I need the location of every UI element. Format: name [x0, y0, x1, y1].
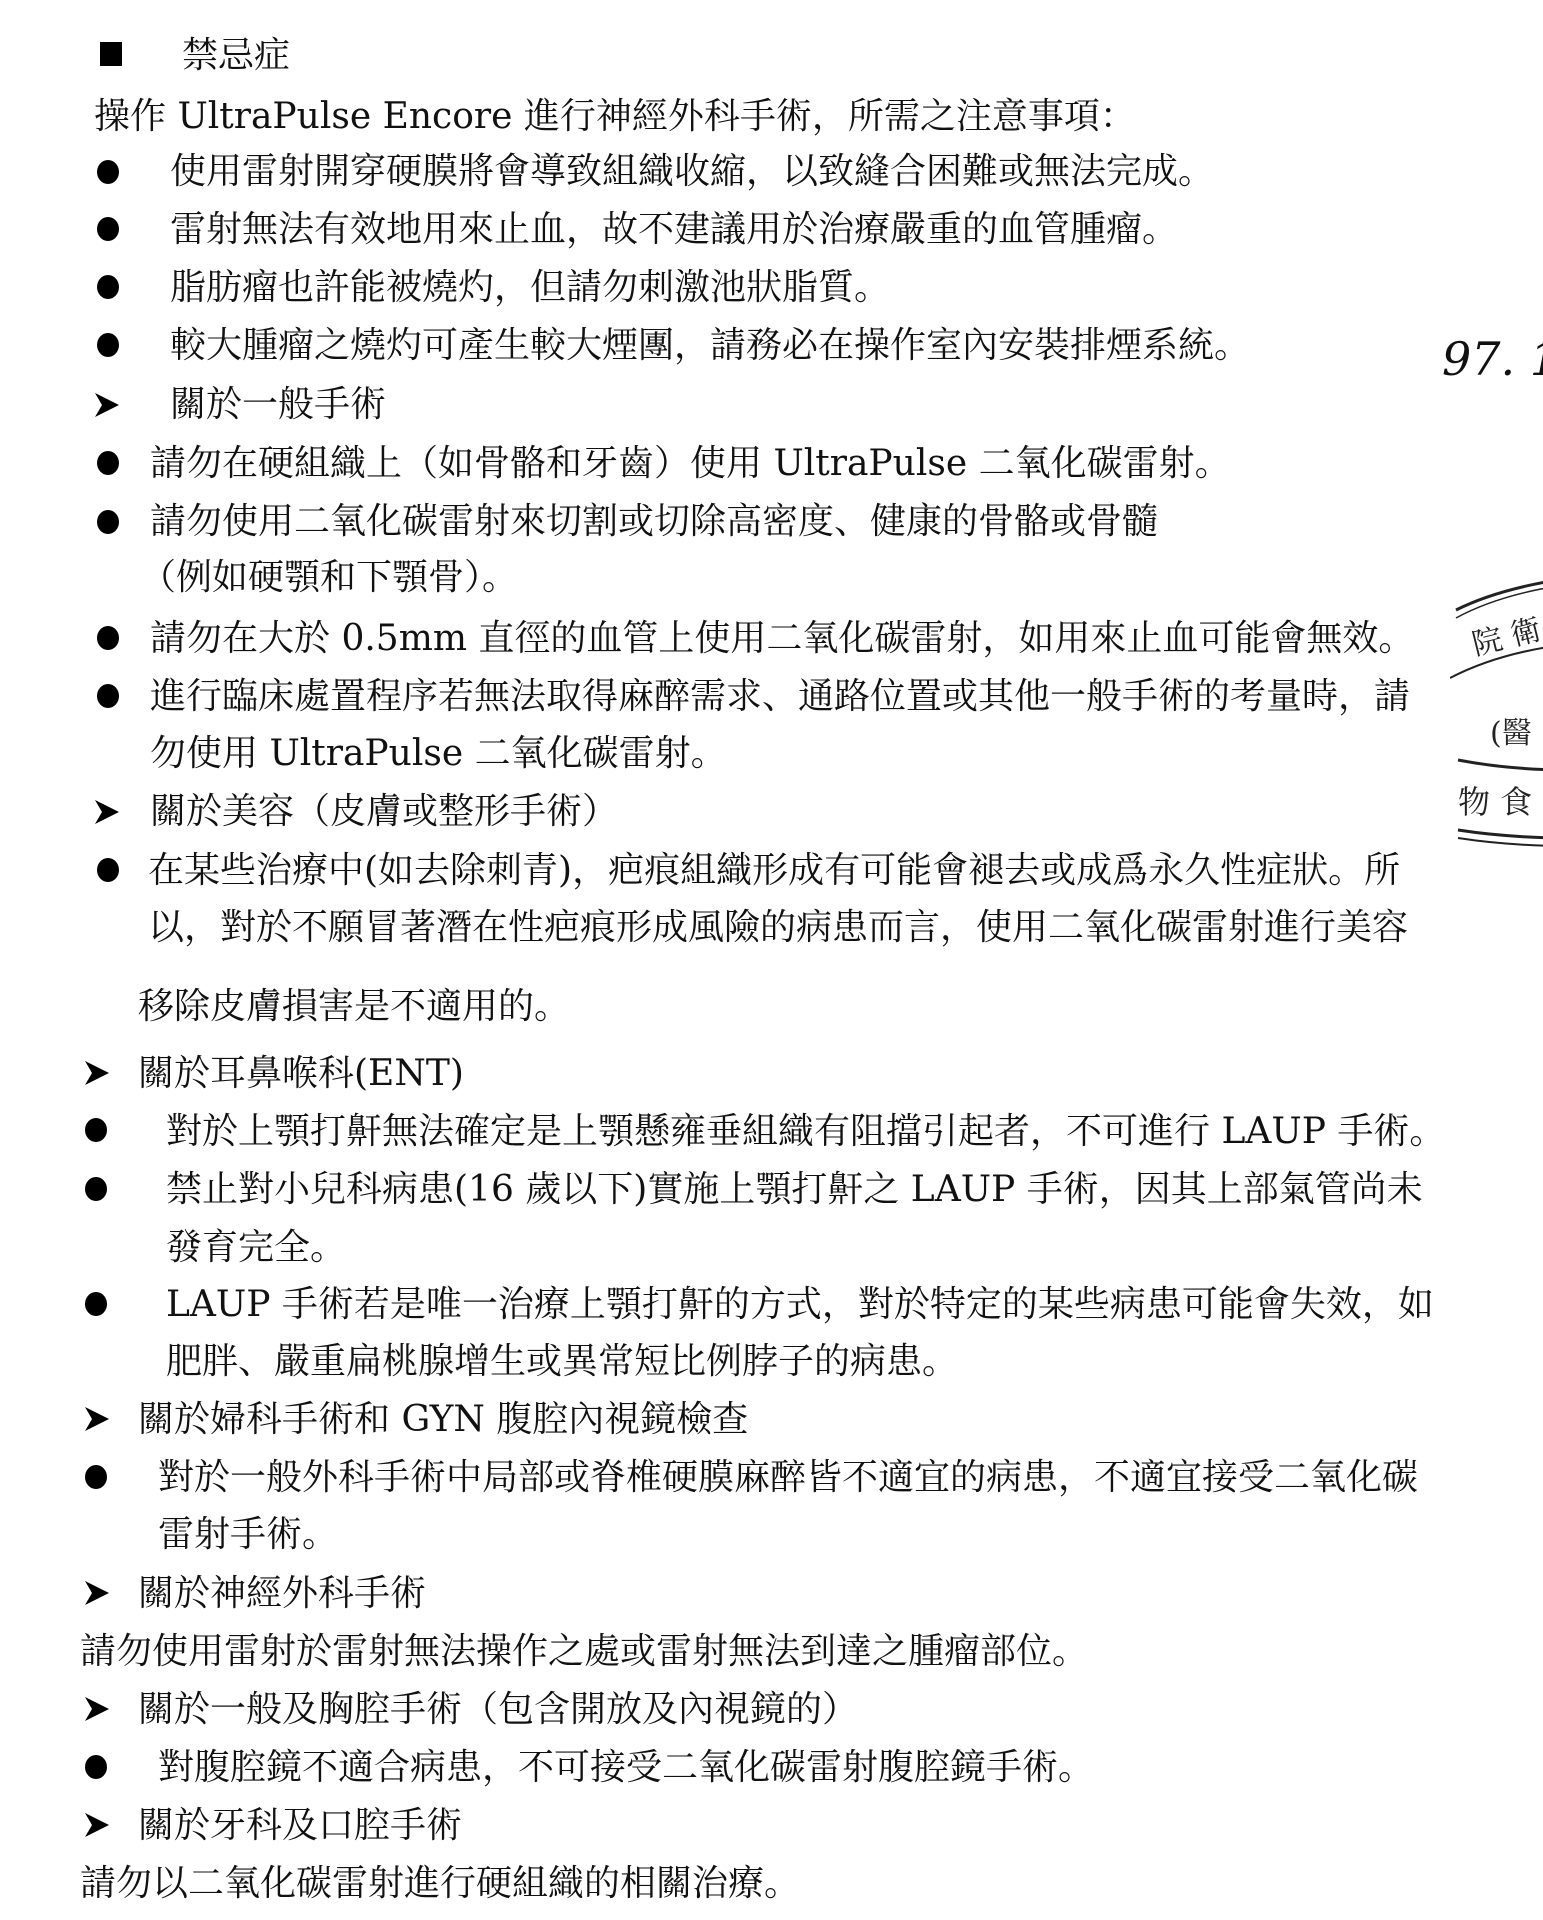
bullet-dot-icon [85, 1755, 107, 1779]
subsection-title: 關於神經外科手術 [138, 1572, 426, 1616]
bullet-text-continued: 以，對於不願冒著潛在性疤痕形成風險的病患而言，使用二氧化碳雷射進行美容 [148, 906, 1408, 950]
bullet-text: 請勿使用二氧化碳雷射來切割或切除高密度、健康的骨骼或骨髓 [150, 500, 1158, 544]
seal-text-middle: (醫 [1490, 716, 1532, 752]
bullet-dot-icon [97, 275, 119, 299]
bullet-text-continued: 雷射手術。 [158, 1513, 338, 1557]
bullet-dot-icon [85, 1177, 107, 1201]
section-paragraph: 請勿以二氧化碳雷射進行硬組織的相關治療。 [80, 1862, 800, 1906]
bullet-text: 使用雷射開穿硬膜將會導致組織收縮，以致縫合困難或無法完成。 [170, 150, 1214, 194]
subsection-title: 關於牙科及口腔手術 [138, 1804, 462, 1848]
bullet-dot-icon [85, 1118, 107, 1142]
intro-paragraph: 操作 UltraPulse Encore 進行神經外科手術，所需之注意事項： [94, 95, 1136, 139]
square-bullet-icon [100, 42, 122, 66]
bullet-text: 請勿在大於 0.5mm 直徑的血管上使用二氧化碳雷射，如用來止血可能會無效。 [150, 617, 1414, 661]
subsection-title: 關於耳鼻喉科(ENT) [138, 1052, 464, 1096]
subsection-title: 關於一般及胸腔手術（包含開放及內視鏡的） [138, 1688, 858, 1732]
document-page: 禁忌症 操作 UltraPulse Encore 進行神經外科手術，所需之注意事… [0, 0, 1543, 1920]
bullet-dot-icon [97, 333, 119, 357]
bullet-dot-icon [85, 1465, 107, 1489]
bullet-text: 脂肪瘤也許能被燒灼，但請勿刺激池狀脂質。 [170, 266, 890, 310]
bullet-dot-icon [97, 160, 119, 184]
bullet-text-continued: 移除皮膚損害是不適用的。 [138, 985, 570, 1029]
bullet-dot-icon [97, 217, 119, 241]
seal-text-bottom: 物 食 [1458, 784, 1532, 820]
bullet-dot-icon [97, 451, 119, 475]
bullet-text-continued: 肥胖、嚴重扁桃腺增生或異常短比例脖子的病患。 [166, 1340, 958, 1384]
bullet-text: 請勿在硬組織上（如骨骼和牙齒）使用 UltraPulse 二氧化碳雷射。 [150, 442, 1231, 486]
subsection-title: 關於美容（皮膚或整形手術） [150, 790, 618, 834]
bullet-dot-icon [97, 510, 119, 534]
bullet-text-continued: 勿使用 UltraPulse 二氧化碳雷射。 [150, 732, 727, 776]
section-paragraph: 請勿使用雷射於雷射無法操作之處或雷射無法到達之腫瘤部位。 [80, 1630, 1088, 1674]
bullet-text-continued: 發育完全。 [166, 1226, 346, 1270]
bullet-text: 對於一般外科手術中局部或脊椎硬膜麻醉皆不適宜的病患，不適宜接受二氧化碳 [158, 1456, 1418, 1500]
bullet-text: 對於上顎打鼾無法確定是上顎懸雍垂組織有阻擋引起者，不可進行 LAUP 手術。 [166, 1110, 1445, 1154]
bullet-text: 雷射無法有效地用來止血，故不建議用於治療嚴重的血管腫瘤。 [170, 208, 1178, 252]
bullet-dot-icon [85, 1292, 107, 1316]
bullet-text: 進行臨床處置程序若無法取得麻醉需求、通路位置或其他一般手術的考量時，請 [150, 675, 1410, 719]
bullet-text: LAUP 手術若是唯一治療上顎打鼾的方式，對於特定的某些病患可能會失效，如 [166, 1283, 1434, 1327]
bullet-dot-icon [97, 858, 119, 882]
stamp-date: 97. 1 [1442, 334, 1543, 384]
bullet-text: 禁止對小兒科病患(16 歲以下)實施上顎打鼾之 LAUP 手術，因其上部氣管尚未 [166, 1168, 1423, 1212]
bullet-text-continued: （例如硬顎和下顎骨）。 [140, 556, 518, 600]
subsection-title: 關於婦科手術和 GYN 腹腔內視鏡檢查 [138, 1398, 748, 1442]
bullet-text: 對腹腔鏡不適合病患，不可接受二氧化碳雷射腹腔鏡手術。 [158, 1746, 1094, 1790]
subsection-title: 關於一般手術 [170, 383, 386, 427]
section-heading: 禁忌症 [182, 34, 290, 78]
official-seal: 院 衛 (醫 物 食 [1450, 548, 1543, 868]
bullet-text: 在某些治療中(如去除刺青)，疤痕組織形成有可能會褪去或成爲永久性症狀。所 [148, 849, 1400, 893]
bullet-dot-icon [97, 684, 119, 708]
bullet-dot-icon [97, 626, 119, 650]
bullet-text: 較大腫瘤之燒灼可產生較大煙團，請務必在操作室內安裝排煙系統。 [170, 324, 1250, 368]
